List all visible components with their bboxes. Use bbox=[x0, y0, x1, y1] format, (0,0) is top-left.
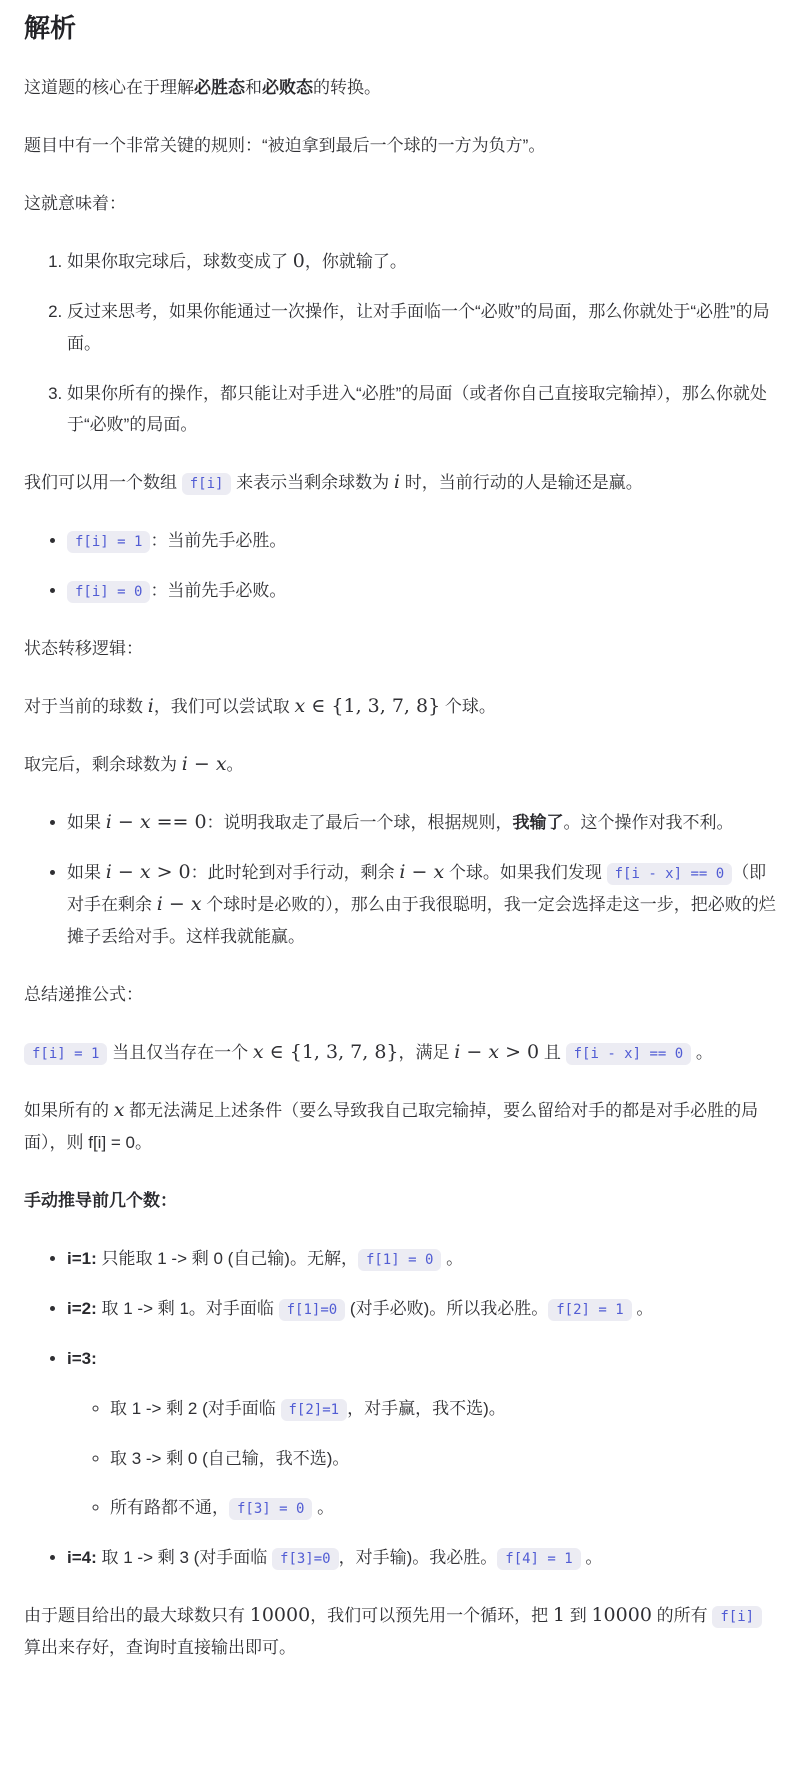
paragraph-transition-logic: 状态转移逻辑： bbox=[24, 633, 776, 665]
list-item: i=4: 取 1 -> 剩 3 (对手面临 f[3]=0，对手输)。我必胜。f[… bbox=[67, 1542, 776, 1574]
paragraph-precompute: 由于题目给出的最大球数只有 10000，我们可以预先用一个循环，把 1 到 10… bbox=[24, 1600, 776, 1664]
paragraph-array-def: 我们可以用一个数组 f[i] 来表示当剩余球数为 i 时，当前行动的人是输还是赢… bbox=[24, 467, 776, 499]
text-run: 。 bbox=[441, 1249, 463, 1268]
text-run: ，你就输了。 bbox=[305, 252, 407, 271]
text-run: ，我们可以预先用一个循环，把 bbox=[310, 1606, 553, 1625]
inline-code: f[i - x] == 0 bbox=[566, 1043, 692, 1065]
text-run: ，对手赢，我不选)。 bbox=[347, 1399, 506, 1418]
list-item: f[i] = 1：当前先手必胜。 bbox=[67, 525, 776, 557]
bold-text: 必胜态 bbox=[194, 78, 245, 97]
page-title: 解析 bbox=[24, 12, 776, 46]
math-op: == 0 bbox=[151, 811, 207, 833]
paragraph-core-idea: 这道题的核心在于理解必胜态和必败态的转换。 bbox=[24, 72, 776, 104]
paragraph-formula: f[i] = 1 当且仅当存在一个 x ∈ {1, 3, 7, 8}，满足 i … bbox=[24, 1037, 776, 1069]
math-num: 10000 bbox=[250, 1604, 310, 1626]
text-run: 的所有 bbox=[652, 1606, 712, 1625]
text-run: 这就意味着： bbox=[24, 194, 126, 213]
list-item: 所有路都不通，f[3] = 0 。 bbox=[110, 1492, 776, 1524]
text-run: ，对手输)。我必胜。 bbox=[339, 1548, 498, 1567]
text-run: 状态转移逻辑： bbox=[24, 639, 143, 658]
text-run: ，我们可以尝试取 bbox=[154, 697, 295, 716]
math-op: − bbox=[112, 861, 140, 883]
text-run: 取完后，剩余球数为 bbox=[24, 755, 182, 774]
sub-list-i3: 取 1 -> 剩 2 (对手面临 f[2]=1，对手赢，我不选)。 取 3 ->… bbox=[67, 1393, 776, 1525]
list-item: f[i] = 0：当前先手必败。 bbox=[67, 575, 776, 607]
list-item: i=3: 取 1 -> 剩 2 (对手面临 f[2]=1，对手赢，我不选)。 取… bbox=[67, 1343, 776, 1525]
text-run: ：说明我取走了最后一个球，根据规则， bbox=[207, 813, 513, 832]
text-run: 这道题的核心在于理解 bbox=[24, 78, 194, 97]
inline-code: f[i] = 0 bbox=[67, 581, 150, 603]
ordered-list-implications: 如果你取完球后，球数变成了 0，你就输了。 反过来思考，如果你能通过一次操作，让… bbox=[24, 246, 776, 442]
math-num: 0 bbox=[293, 250, 305, 272]
text-run: 。 bbox=[227, 755, 244, 774]
paragraph-try-take: 对于当前的球数 i，我们可以尝试取 x ∈ {1, 3, 7, 8} 个球。 bbox=[24, 691, 776, 723]
list-item: 取 1 -> 剩 2 (对手面临 f[2]=1，对手赢，我不选)。 bbox=[110, 1393, 776, 1425]
text-run: 所有路都不通， bbox=[110, 1498, 229, 1517]
inline-code: f[1] = 0 bbox=[358, 1249, 441, 1271]
paragraph-remaining: 取完后，剩余球数为 i − x。 bbox=[24, 749, 776, 781]
math-var: x bbox=[488, 1041, 499, 1063]
inline-code: f[3] = 0 bbox=[229, 1498, 312, 1520]
text-run: 总结递推公式： bbox=[24, 985, 143, 1004]
text-run: 。 bbox=[581, 1548, 603, 1567]
text-run: 和 bbox=[245, 78, 262, 97]
text-run: ：此时轮到对手行动，剩余 bbox=[191, 863, 400, 882]
list-item: 取 3 -> 剩 0 (自己输，我不选)。 bbox=[110, 1443, 776, 1475]
math-var: x bbox=[253, 1041, 264, 1063]
list-item: 反过来思考，如果你能通过一次操作，让对手面临一个“必败”的局面，那么你就处于“必… bbox=[67, 296, 776, 360]
text-run: 如果所有的 bbox=[24, 1101, 114, 1120]
text-run: 到 bbox=[565, 1606, 591, 1625]
text-run: ：当前先手必败。 bbox=[150, 581, 286, 600]
math-op: > 0 bbox=[151, 861, 191, 883]
math-op: − bbox=[112, 811, 140, 833]
text-run: 的转换。 bbox=[313, 78, 381, 97]
bullet-list-derivation: i=1: 只能取 1 -> 剩 0 (自己输)。无解，f[1] = 0 。 i=… bbox=[24, 1243, 776, 1575]
text-run: 都无法满足上述条件（要么导致我自己取完输掉，要么留给对手的都是对手必胜的局面），… bbox=[24, 1101, 758, 1152]
text-run: 如果 bbox=[67, 813, 106, 832]
text-run: 个球。如果我们发现 bbox=[444, 863, 606, 882]
text-run: 由于题目给出的最大球数只有 bbox=[24, 1606, 250, 1625]
list-item: 如果你取完球后，球数变成了 0，你就输了。 bbox=[67, 246, 776, 278]
text-run: 题目中有一个非常关键的规则：“被迫拿到最后一个球的一方为负方”。 bbox=[24, 136, 545, 155]
text-run: 我们可以用一个数组 bbox=[24, 473, 182, 492]
text-run: 。 bbox=[632, 1299, 654, 1318]
text-run: 只能取 1 -> 剩 0 (自己输)。无解， bbox=[97, 1249, 358, 1268]
paragraph-manual-derivation-heading: 手动推导前几个数： bbox=[24, 1185, 776, 1217]
list-item: i=2: 取 1 -> 剩 1。对手面临 f[1]=0 (对手必败)。所以我必胜… bbox=[67, 1293, 776, 1325]
inline-code: f[i] = 1 bbox=[67, 531, 150, 553]
inline-code: f[3]=0 bbox=[272, 1548, 339, 1570]
text-run: 当且仅当存在一个 bbox=[107, 1043, 252, 1062]
text-run: 取 1 -> 剩 1。对手面临 bbox=[97, 1299, 279, 1318]
text-run: 。 bbox=[312, 1498, 334, 1517]
paragraph-key-rule: 题目中有一个非常关键的规则：“被迫拿到最后一个球的一方为负方”。 bbox=[24, 130, 776, 162]
bullet-list-cases: 如果 i − x == 0：说明我取走了最后一个球，根据规则，我输了。这个操作对… bbox=[24, 807, 776, 953]
math-var: x bbox=[295, 695, 306, 717]
text-run: ，满足 bbox=[399, 1043, 455, 1062]
inline-code: f[i] bbox=[182, 473, 232, 495]
text-run: 个球。 bbox=[440, 697, 496, 716]
inline-code: f[i - x] == 0 bbox=[607, 863, 733, 885]
text-run: 来表示当剩余球数为 bbox=[231, 473, 393, 492]
inline-code: f[i] bbox=[712, 1606, 762, 1628]
math-var: x bbox=[433, 861, 444, 883]
list-item: i=1: 只能取 1 -> 剩 0 (自己输)。无解，f[1] = 0 。 bbox=[67, 1243, 776, 1275]
text-run: 取 1 -> 剩 2 (对手面临 bbox=[110, 1399, 281, 1418]
list-item: 如果 i − x > 0：此时轮到对手行动，剩余 i − x 个球。如果我们发现… bbox=[67, 857, 776, 953]
math-var: x bbox=[114, 1099, 125, 1121]
inline-code: f[i] = 1 bbox=[24, 1043, 107, 1065]
math-op: − bbox=[163, 893, 191, 915]
text-run: 算出来存好，查询时直接输出即可。 bbox=[24, 1638, 296, 1657]
bold-text: 手动推导前几个数： bbox=[24, 1191, 177, 1210]
math-op: − bbox=[188, 753, 216, 775]
text-run: 。这个操作对我不利。 bbox=[564, 813, 734, 832]
math-op: − bbox=[460, 1041, 488, 1063]
text-run: 如果你取完球后，球数变成了 bbox=[67, 252, 293, 271]
inline-code: f[4] = 1 bbox=[497, 1548, 580, 1570]
bold-text: i=2: bbox=[67, 1299, 97, 1318]
inline-code: f[2] = 1 bbox=[548, 1299, 631, 1321]
math-set: ∈ {1, 3, 7, 8} bbox=[264, 1041, 399, 1063]
text-run: 时，当前行动的人是输还是赢。 bbox=[400, 473, 643, 492]
text-run: 。 bbox=[691, 1043, 713, 1062]
text-run: (对手必败)。所以我必胜。 bbox=[345, 1299, 548, 1318]
math-var: x bbox=[191, 893, 202, 915]
bold-text: i=1: bbox=[67, 1249, 97, 1268]
inline-code: f[2]=1 bbox=[281, 1399, 348, 1421]
text-run: ：当前先手必胜。 bbox=[150, 531, 286, 550]
math-num: 1 bbox=[553, 1604, 565, 1626]
math-op: − bbox=[405, 861, 433, 883]
bold-text: 必败态 bbox=[262, 78, 313, 97]
text-run: 对于当前的球数 bbox=[24, 697, 148, 716]
list-item: 如果 i − x == 0：说明我取走了最后一个球，根据规则，我输了。这个操作对… bbox=[67, 807, 776, 839]
bold-text: 我输了 bbox=[513, 813, 564, 832]
text-run: 如果你所有的操作，都只能让对手进入“必胜”的局面（或者你自己直接取完输掉），那么… bbox=[67, 384, 767, 435]
text-run: 取 1 -> 剩 3 (对手面临 bbox=[97, 1548, 272, 1567]
paragraph-formula-heading: 总结递推公式： bbox=[24, 979, 776, 1011]
math-var: x bbox=[216, 753, 227, 775]
bold-text: i=4: bbox=[67, 1548, 97, 1567]
analysis-document: 解析 这道题的核心在于理解必胜态和必败态的转换。 题目中有一个非常关键的规则：“… bbox=[24, 12, 776, 1664]
inline-code: f[1]=0 bbox=[279, 1299, 346, 1321]
math-op: > 0 bbox=[499, 1041, 539, 1063]
bullet-list-states: f[i] = 1：当前先手必胜。 f[i] = 0：当前先手必败。 bbox=[24, 525, 776, 607]
text-run: 反过来思考，如果你能通过一次操作，让对手面临一个“必败”的局面，那么你就处于“必… bbox=[67, 302, 770, 353]
math-var: x bbox=[140, 811, 151, 833]
bold-text: i=3: bbox=[67, 1349, 97, 1368]
math-set: ∈ {1, 3, 7, 8} bbox=[305, 695, 440, 717]
paragraph-implication: 这就意味着： bbox=[24, 188, 776, 220]
math-var: x bbox=[140, 861, 151, 883]
text-run: 如果 bbox=[67, 863, 106, 882]
text-run: 且 bbox=[539, 1043, 565, 1062]
math-num: 10000 bbox=[591, 1604, 651, 1626]
paragraph-else-case: 如果所有的 x 都无法满足上述条件（要么导致我自己取完输掉，要么留给对手的都是对… bbox=[24, 1095, 776, 1159]
list-item: 如果你所有的操作，都只能让对手进入“必胜”的局面（或者你自己直接取完输掉），那么… bbox=[67, 378, 776, 442]
text-run: 取 3 -> 剩 0 (自己输，我不选)。 bbox=[110, 1449, 349, 1468]
